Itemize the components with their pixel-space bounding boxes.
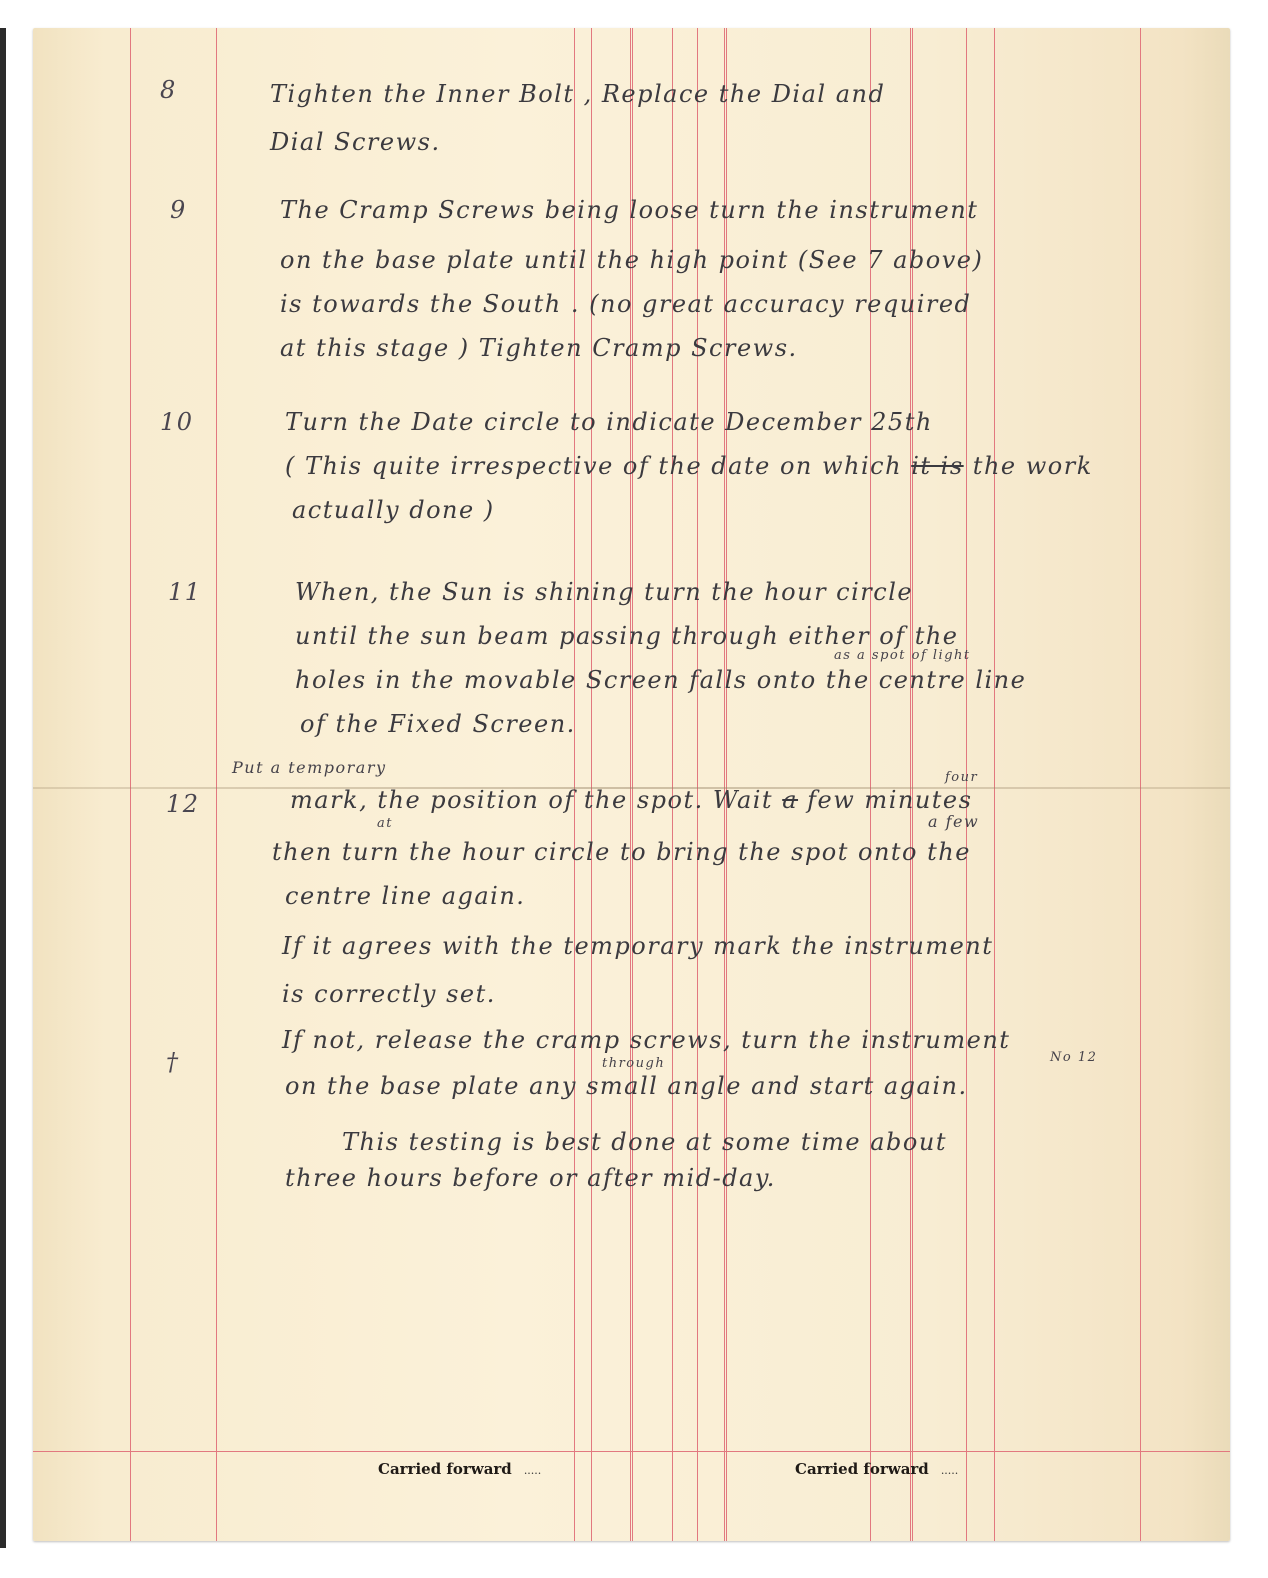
insertion-note: No 12 (1050, 1050, 1097, 1065)
step-text-line: ( This quite irrespective of the date on… (285, 452, 1093, 480)
step-text-line: Turn the Date circle to indicate Decembe… (285, 408, 933, 436)
ruling-vertical (994, 28, 995, 1541)
step-text-line: The Cramp Screws being loose turn the in… (280, 196, 978, 224)
step-text-line: If not, release the cramp screws, turn t… (282, 1026, 1010, 1054)
step-text-line: centre line again. (285, 882, 525, 910)
step-text-line: If it agrees with the temporary mark the… (282, 932, 993, 960)
ruling-vertical (130, 28, 131, 1541)
step-text-line: When, the Sun is shining turn the hour c… (295, 578, 913, 606)
ruling-horizontal-footer (33, 1451, 1230, 1452)
replacement-note: a few (928, 812, 979, 831)
struck-text: a (782, 786, 798, 814)
step-text-line: of the Fixed Screen. (300, 710, 576, 738)
step-text-line: on the base plate until the high point (… (280, 246, 983, 274)
step-text-fragment: the work (973, 452, 1093, 480)
insertion-note: through (602, 1056, 665, 1071)
ruling-vertical (216, 28, 217, 1541)
step-text-line: Dial Screws. (270, 128, 441, 156)
step-text-line: mark, the position of the spot. Wait a f… (290, 786, 972, 814)
replacement-note: four (945, 770, 978, 785)
step-text-line: holes in the movable Screen falls onto t… (295, 666, 1026, 694)
insertion-note: Put a temporary (232, 758, 387, 777)
struck-text: it is (911, 452, 963, 480)
insertion-note: as a spot of light (834, 648, 971, 663)
step-marker: † (166, 1048, 180, 1076)
step-text-fragment: mark, the position of the spot. Wait (290, 786, 773, 814)
step-number: 8 (160, 76, 177, 104)
step-text-line: on the base plate any small angle and st… (285, 1072, 968, 1100)
carried-forward-text: Carried forward (795, 1460, 929, 1478)
step-number: 11 (168, 578, 202, 606)
step-text-line: is towards the South . (no great accurac… (280, 290, 971, 318)
carried-forward-text: Carried forward (378, 1460, 512, 1478)
step-text-line: at this stage ) Tighten Cramp Screws. (280, 334, 798, 362)
step-number: 9 (170, 196, 187, 224)
closing-note-line: This testing is best done at some time a… (342, 1128, 947, 1156)
leader-dots: ..... (524, 1464, 541, 1477)
carried-forward-label-left: Carried forward..... (378, 1460, 541, 1478)
scan-edge (0, 28, 6, 1548)
step-text-line: actually done ) (292, 496, 495, 524)
leader-dots: ..... (941, 1464, 958, 1477)
step-text-fragment: ( This quite irrespective of the date on… (285, 452, 902, 480)
step-text-line: Tighten the Inner Bolt , Replace the Dia… (270, 80, 885, 108)
carried-forward-label-right: Carried forward..... (795, 1460, 958, 1478)
ruling-vertical (1140, 28, 1141, 1541)
step-number: 12 (166, 790, 200, 818)
closing-note-line: three hours before or after mid-day. (285, 1164, 776, 1192)
insertion-note: at (377, 816, 393, 831)
step-text-line: until the sun beam passing through eithe… (295, 622, 959, 650)
step-number: 10 (160, 408, 194, 436)
step-text-line: is correctly set. (282, 980, 496, 1008)
step-text-fragment: few minutes (807, 786, 972, 814)
step-text-line: then turn the hour circle to bring the s… (272, 838, 971, 866)
